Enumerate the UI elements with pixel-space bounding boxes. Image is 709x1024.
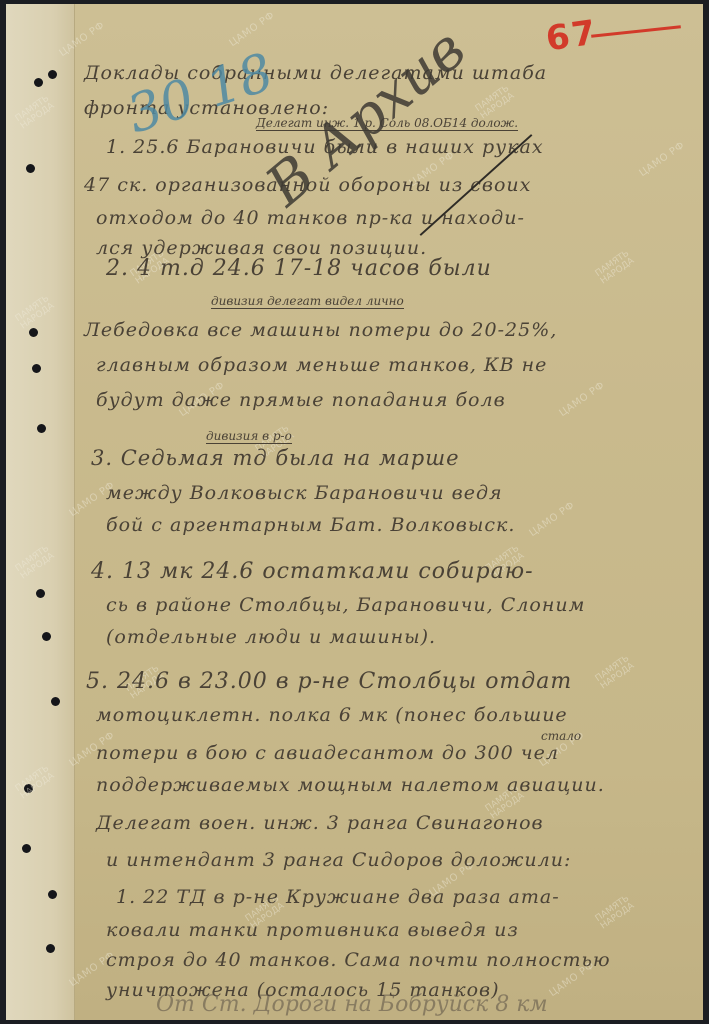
- watermark-archive: ЦАМО РФ: [528, 500, 577, 539]
- text-line: сь в районе Столбцы, Барановичи, Слоним: [106, 594, 585, 616]
- punch-hole: [46, 944, 55, 953]
- text-line: Делегат воен. инж. 3 ранга Свинагонов: [96, 812, 544, 834]
- text-line: (отдельные люди и машины).: [106, 626, 436, 648]
- document-sheet: ЦАМО РФ ЦАМО РФ ЦАМО РФ ЦАМО РФ ЦАМО РФ …: [6, 4, 703, 1020]
- insertion-text: дивизия делегат видел лично: [211, 294, 404, 309]
- text-line: 4. 13 мк 24.6 остатками собираю-: [91, 559, 534, 584]
- text-line: между Волковыск Барановичи ведя: [106, 482, 503, 504]
- punch-hole: [48, 70, 57, 79]
- watermark-project: ПАМЯТЬНАРОДА: [594, 655, 636, 692]
- text-line: бой с аргентарным Бат. Волковыск.: [106, 514, 515, 536]
- punch-hole: [34, 78, 43, 87]
- text-line: 3. Седьмая тд была на марше: [91, 446, 460, 470]
- page-number-strikethrough: [591, 25, 681, 37]
- text-line: потери в бою с авиадесантом до 300 чел: [96, 742, 559, 764]
- watermark-archive: ЦАМО РФ: [638, 140, 687, 179]
- punch-hole: [29, 328, 38, 337]
- text-line: 2. 4 т.д 24.6 17-18 часов были: [106, 256, 492, 281]
- faint-pencil-note: От Ст. Дороги на Бобруйск 8 км: [156, 992, 548, 1017]
- text-line: отходом до 40 танков пр-ка и находи-: [96, 207, 525, 229]
- watermark-archive: ЦАМО РФ: [558, 380, 607, 419]
- punch-hole: [36, 589, 45, 598]
- punch-hole: [22, 844, 31, 853]
- text-line: ковали танки противника выведя из: [106, 919, 519, 941]
- text-line: строя до 40 танков. Сама почти полностью: [106, 949, 611, 971]
- watermark-archive: ЦАМО РФ: [228, 10, 277, 49]
- punch-hole: [32, 364, 41, 373]
- punch-hole: [42, 632, 51, 641]
- text-line: 1. 22 ТД в р-не Кружиане два раза ата-: [116, 886, 560, 908]
- punch-hole: [37, 424, 46, 433]
- text-line: главным образом меньше танков, КВ не: [96, 354, 547, 376]
- watermark-project: ПАМЯТЬНАРОДА: [594, 250, 636, 287]
- text-line: и интендант 3 ранга Сидоров доложили:: [106, 849, 571, 871]
- text-line: 5. 24.6 в 23.00 в р-не Столбцы отдат: [86, 669, 572, 694]
- text-line: будут даже прямые попадания болв: [96, 389, 506, 411]
- insertion-text: дивизия в р-о: [206, 429, 292, 444]
- watermark-project: ПАМЯТЬНАРОДА: [594, 895, 636, 932]
- text-line: Лебедовка все машины потери до 20-25%,: [84, 319, 557, 341]
- punch-hole: [51, 697, 60, 706]
- text-line: мотоциклетн. полка 6 мк (понес большие: [96, 704, 568, 726]
- insertion-text: стало: [541, 729, 581, 743]
- punch-hole: [26, 164, 35, 173]
- binding-strip: [6, 4, 75, 1020]
- punch-hole: [48, 890, 57, 899]
- text-line: поддерживаемых мощным налетом авиации.: [96, 774, 605, 796]
